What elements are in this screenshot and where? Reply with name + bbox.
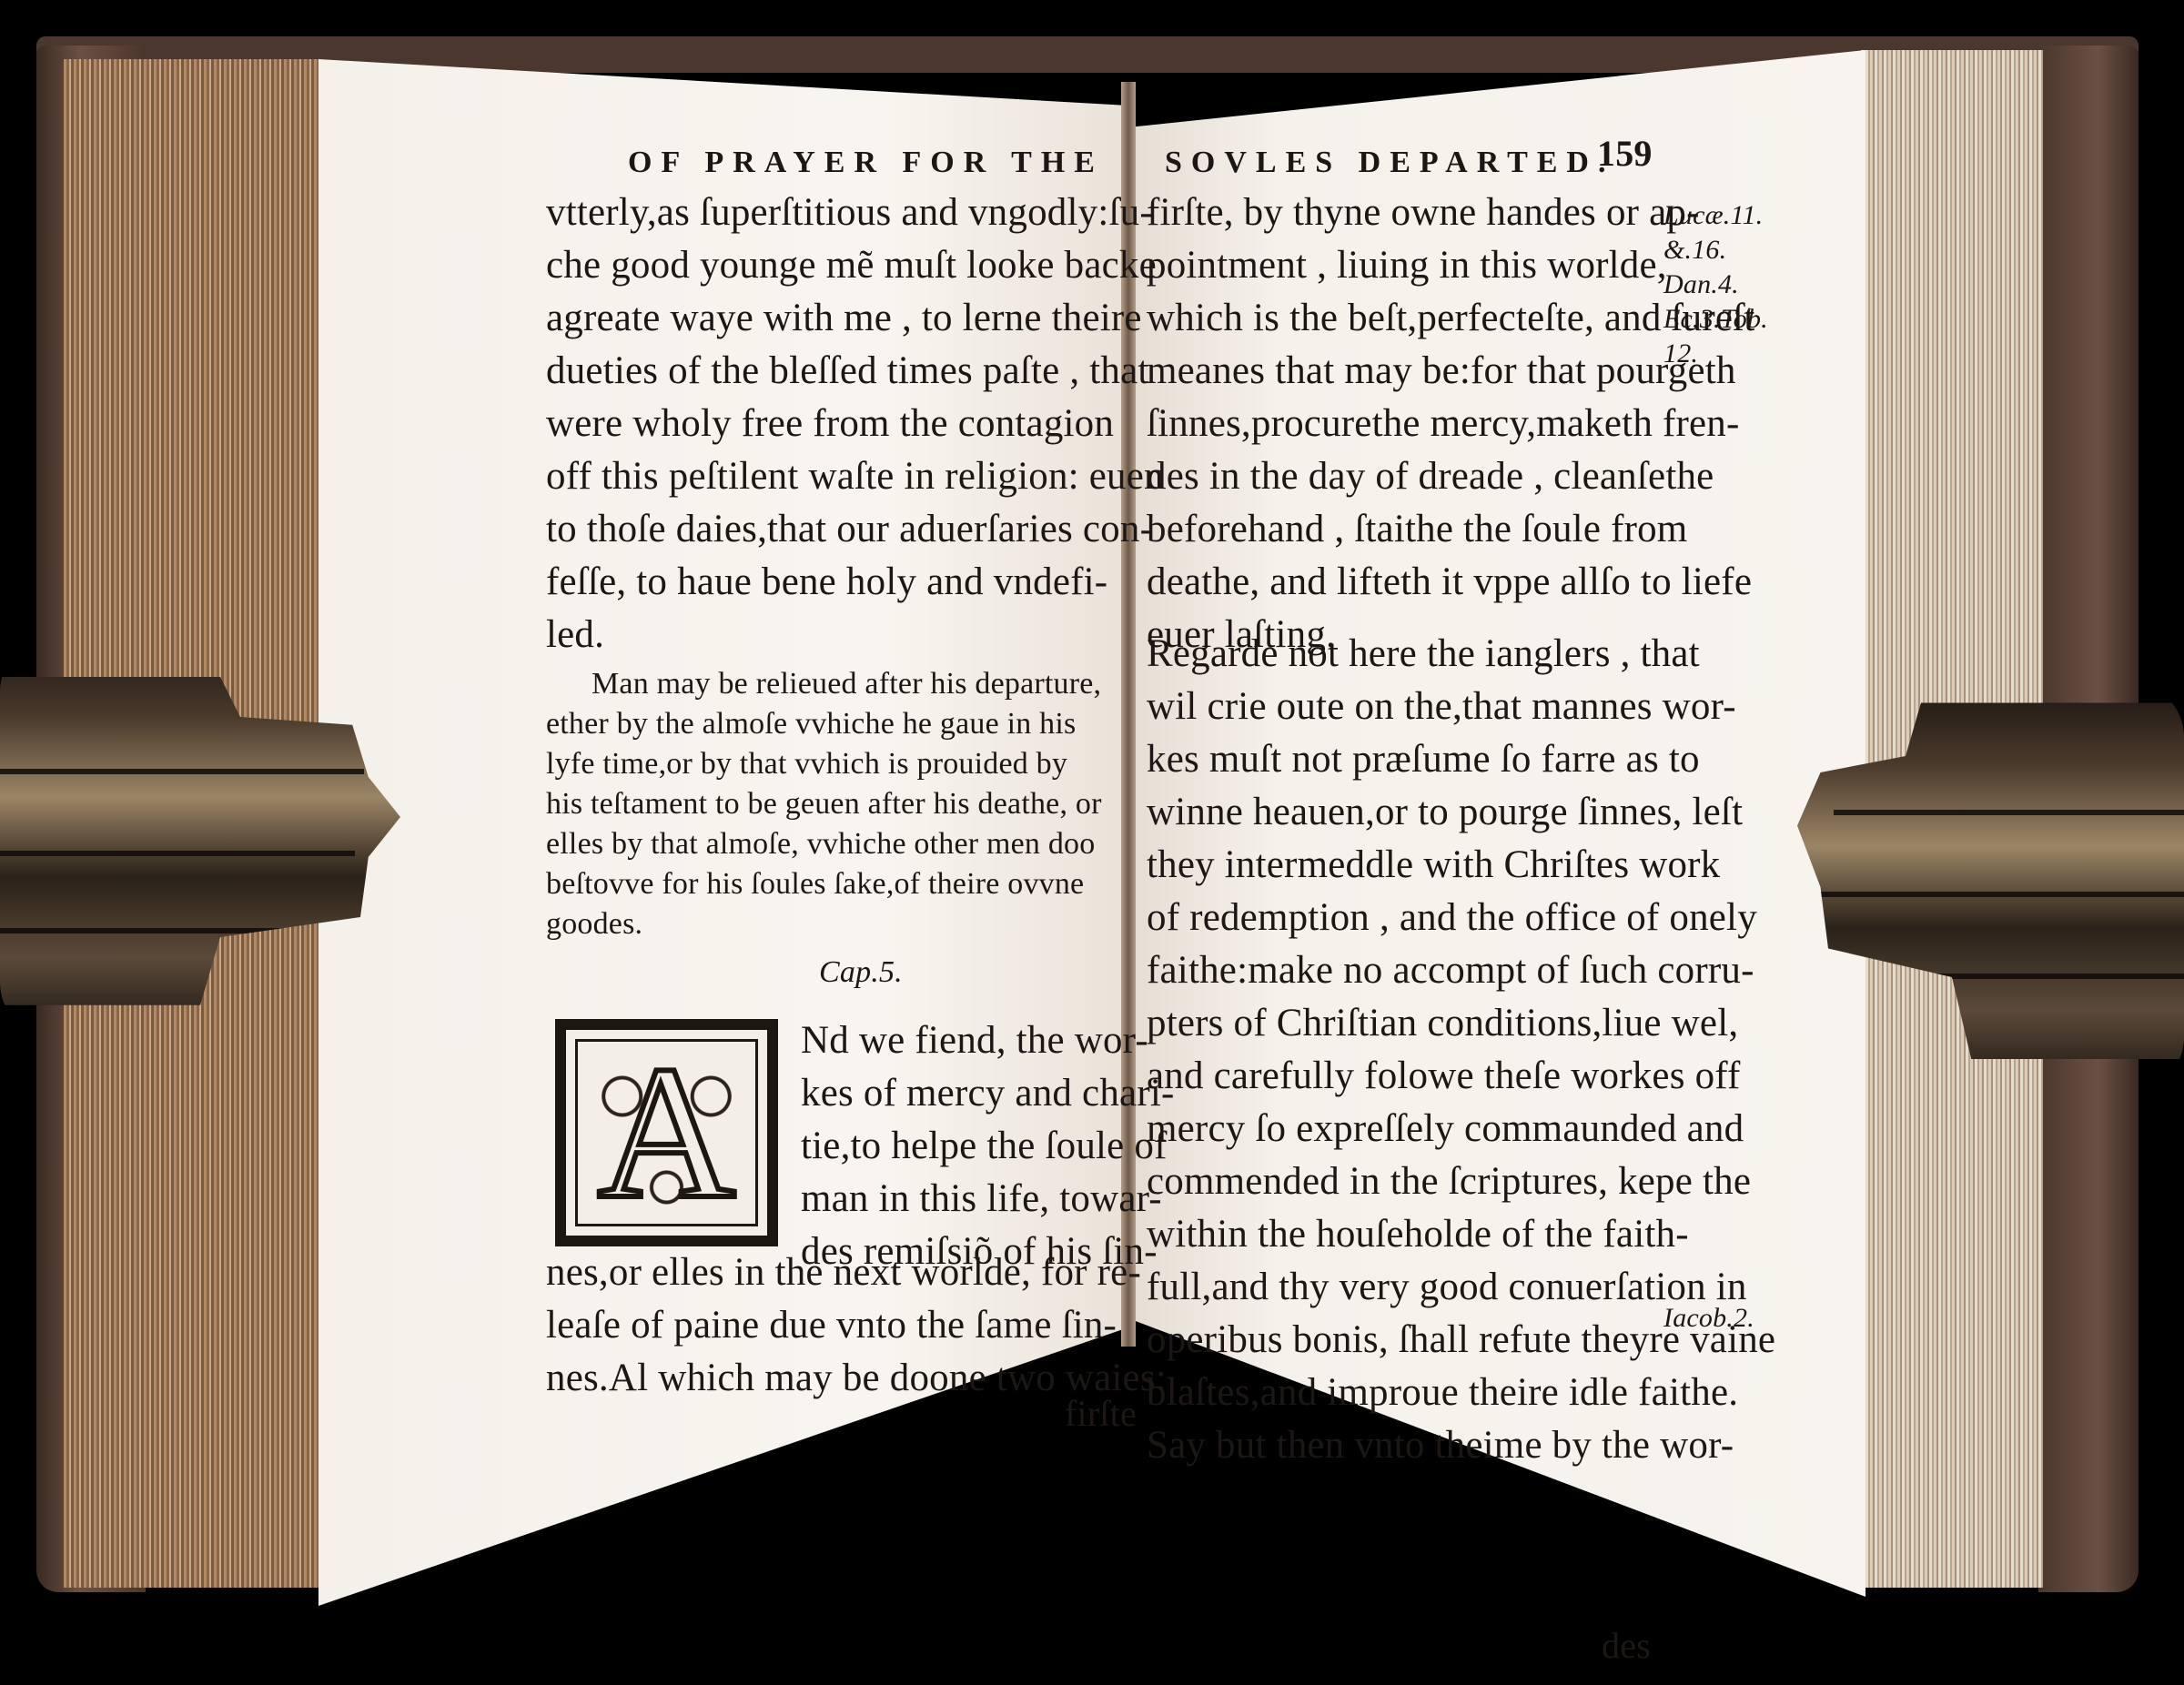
text-line: Say but then vnto theime by the wor- [1147,1419,1775,1472]
marginal-note: &.16. [1663,233,1768,267]
text-line: off this peſtilent waſte in religion: eu… [546,450,1164,503]
text-line: commended in the ſcriptures, kepe the [1147,1155,1775,1208]
text-line: goodes. [546,904,1102,944]
left-catchword: firſte [1065,1387,1137,1440]
text-line: to thoſe daies,that our aduerſaries con- [546,503,1164,556]
text-line: lyfe time,or by that vvhich is prouided … [546,744,1102,784]
text-line: feſſe, to haue bene holy and vndefi- [546,556,1164,609]
text-line: beforehand , ſtaithe the ſoule from [1147,503,1754,556]
book-photo-scene: OF PRAYER FOR THE vtterly,as ſuperſtitio… [0,0,2184,1685]
text-line: they intermeddle with Chriſtes work [1147,839,1775,892]
text-line: Man may be relieued after his departure, [546,664,1102,704]
text-line: vtterly,as ſuperſtitious and vngodly:ſu- [546,187,1164,239]
text-line: pters of Chriſtian conditions,liue wel, [1147,997,1775,1050]
marginal-note: Ec.3.Tob. [1663,302,1768,337]
initial-letter: A [598,1037,736,1228]
text-line: ſinnes,procurethe mercy,maketh fren- [1147,398,1754,450]
text-line: blaſtes,and improue theire idle faithe. [1147,1367,1775,1419]
chapter-summary-note: Man may be relieued after his departure,… [546,664,1102,944]
marginal-note-jacob: Iacob.2. [1663,1292,1754,1345]
page-number: 159 [1597,127,1653,180]
finger-groove [0,769,364,774]
right-body-paragraph-2: Regarde not here the ianglers , that wil… [1147,628,1775,1472]
right-running-head: SOVLES DEPARTED. [1165,136,1614,189]
text-line: tie,to helpe the ſoule of [801,1120,1175,1173]
finger-groove [1834,810,2184,815]
text-line: beſtovve for his ſoules ſake,of theire o… [546,864,1102,904]
right-catchword: des [1602,1619,1651,1672]
text-line: mercy ſo expreſſely commaunded and [1147,1103,1775,1155]
text-line: leaſe of paine due vnto the ſame ſin- [546,1299,1167,1352]
text-line: were wholy free from the contagion [546,398,1164,450]
text-line: elles by that almoſe, vvhiche other men … [546,824,1102,864]
text-line: faithe:make no accompt of ſuch corru- [1147,944,1775,997]
text-line: and carefully folowe theſe workes off [1147,1050,1775,1103]
text-line: of redemption , and the office of onely [1147,892,1775,944]
finger-groove [0,851,355,856]
left-running-head: OF PRAYER FOR THE [628,136,1104,189]
marginal-note: Dan.4. [1663,267,1768,302]
left-body-text-continued: nes,or elles in the next worlde, for re-… [546,1246,1167,1405]
text-line: led. [546,609,1164,661]
marginal-references: Lucæ.11. &.16. Dan.4. Ec.3.Tob. 12. [1663,198,1768,371]
drop-cap-text: Nd we fiend, the wor- kes of mercy and c… [801,1014,1175,1278]
chapter-label: Cap.5. [819,946,903,999]
marginal-note: Lucæ.11. [1663,198,1768,233]
text-line: agreate waye with me , to lerne theire [546,292,1164,345]
marginal-note: 12. [1663,337,1768,371]
text-line: dueties of the bleſſed times paſte , tha… [546,345,1164,398]
decorated-initial-woodcut: A [555,1019,778,1246]
text-line: che good younge mẽ muſt looke backe [546,239,1164,292]
text-line: kes muſt not præſume ſo farre as to [1147,733,1775,786]
text-line: winne heauen,or to pourge ſinnes, leſt [1147,786,1775,839]
text-line: man in this life, towar- [801,1173,1175,1226]
left-body-text: vtterly,as ſuperſtitious and vngodly:ſu-… [546,187,1164,661]
text-line: his teſtament to be geuen after his deat… [546,784,1102,824]
text-line: wil crie oute on the,that mannes wor- [1147,681,1775,733]
text-line: des in the day of dreade , cleanſethe [1147,450,1754,503]
text-line: deathe, and lifteth it vppe allſo to lie… [1147,556,1754,609]
text-line: ether by the almoſe vvhiche he gaue in h… [546,704,1102,744]
text-line: kes of mercy and chari- [801,1067,1175,1120]
text-line: nes,or elles in the next worlde, for re- [546,1246,1167,1299]
text-line: within the houſeholde of the faith- [1147,1208,1775,1261]
text-line: Nd we fiend, the wor- [801,1014,1175,1067]
text-line: Regarde not here the ianglers , that [1147,628,1775,681]
finger-groove [1815,892,2184,897]
